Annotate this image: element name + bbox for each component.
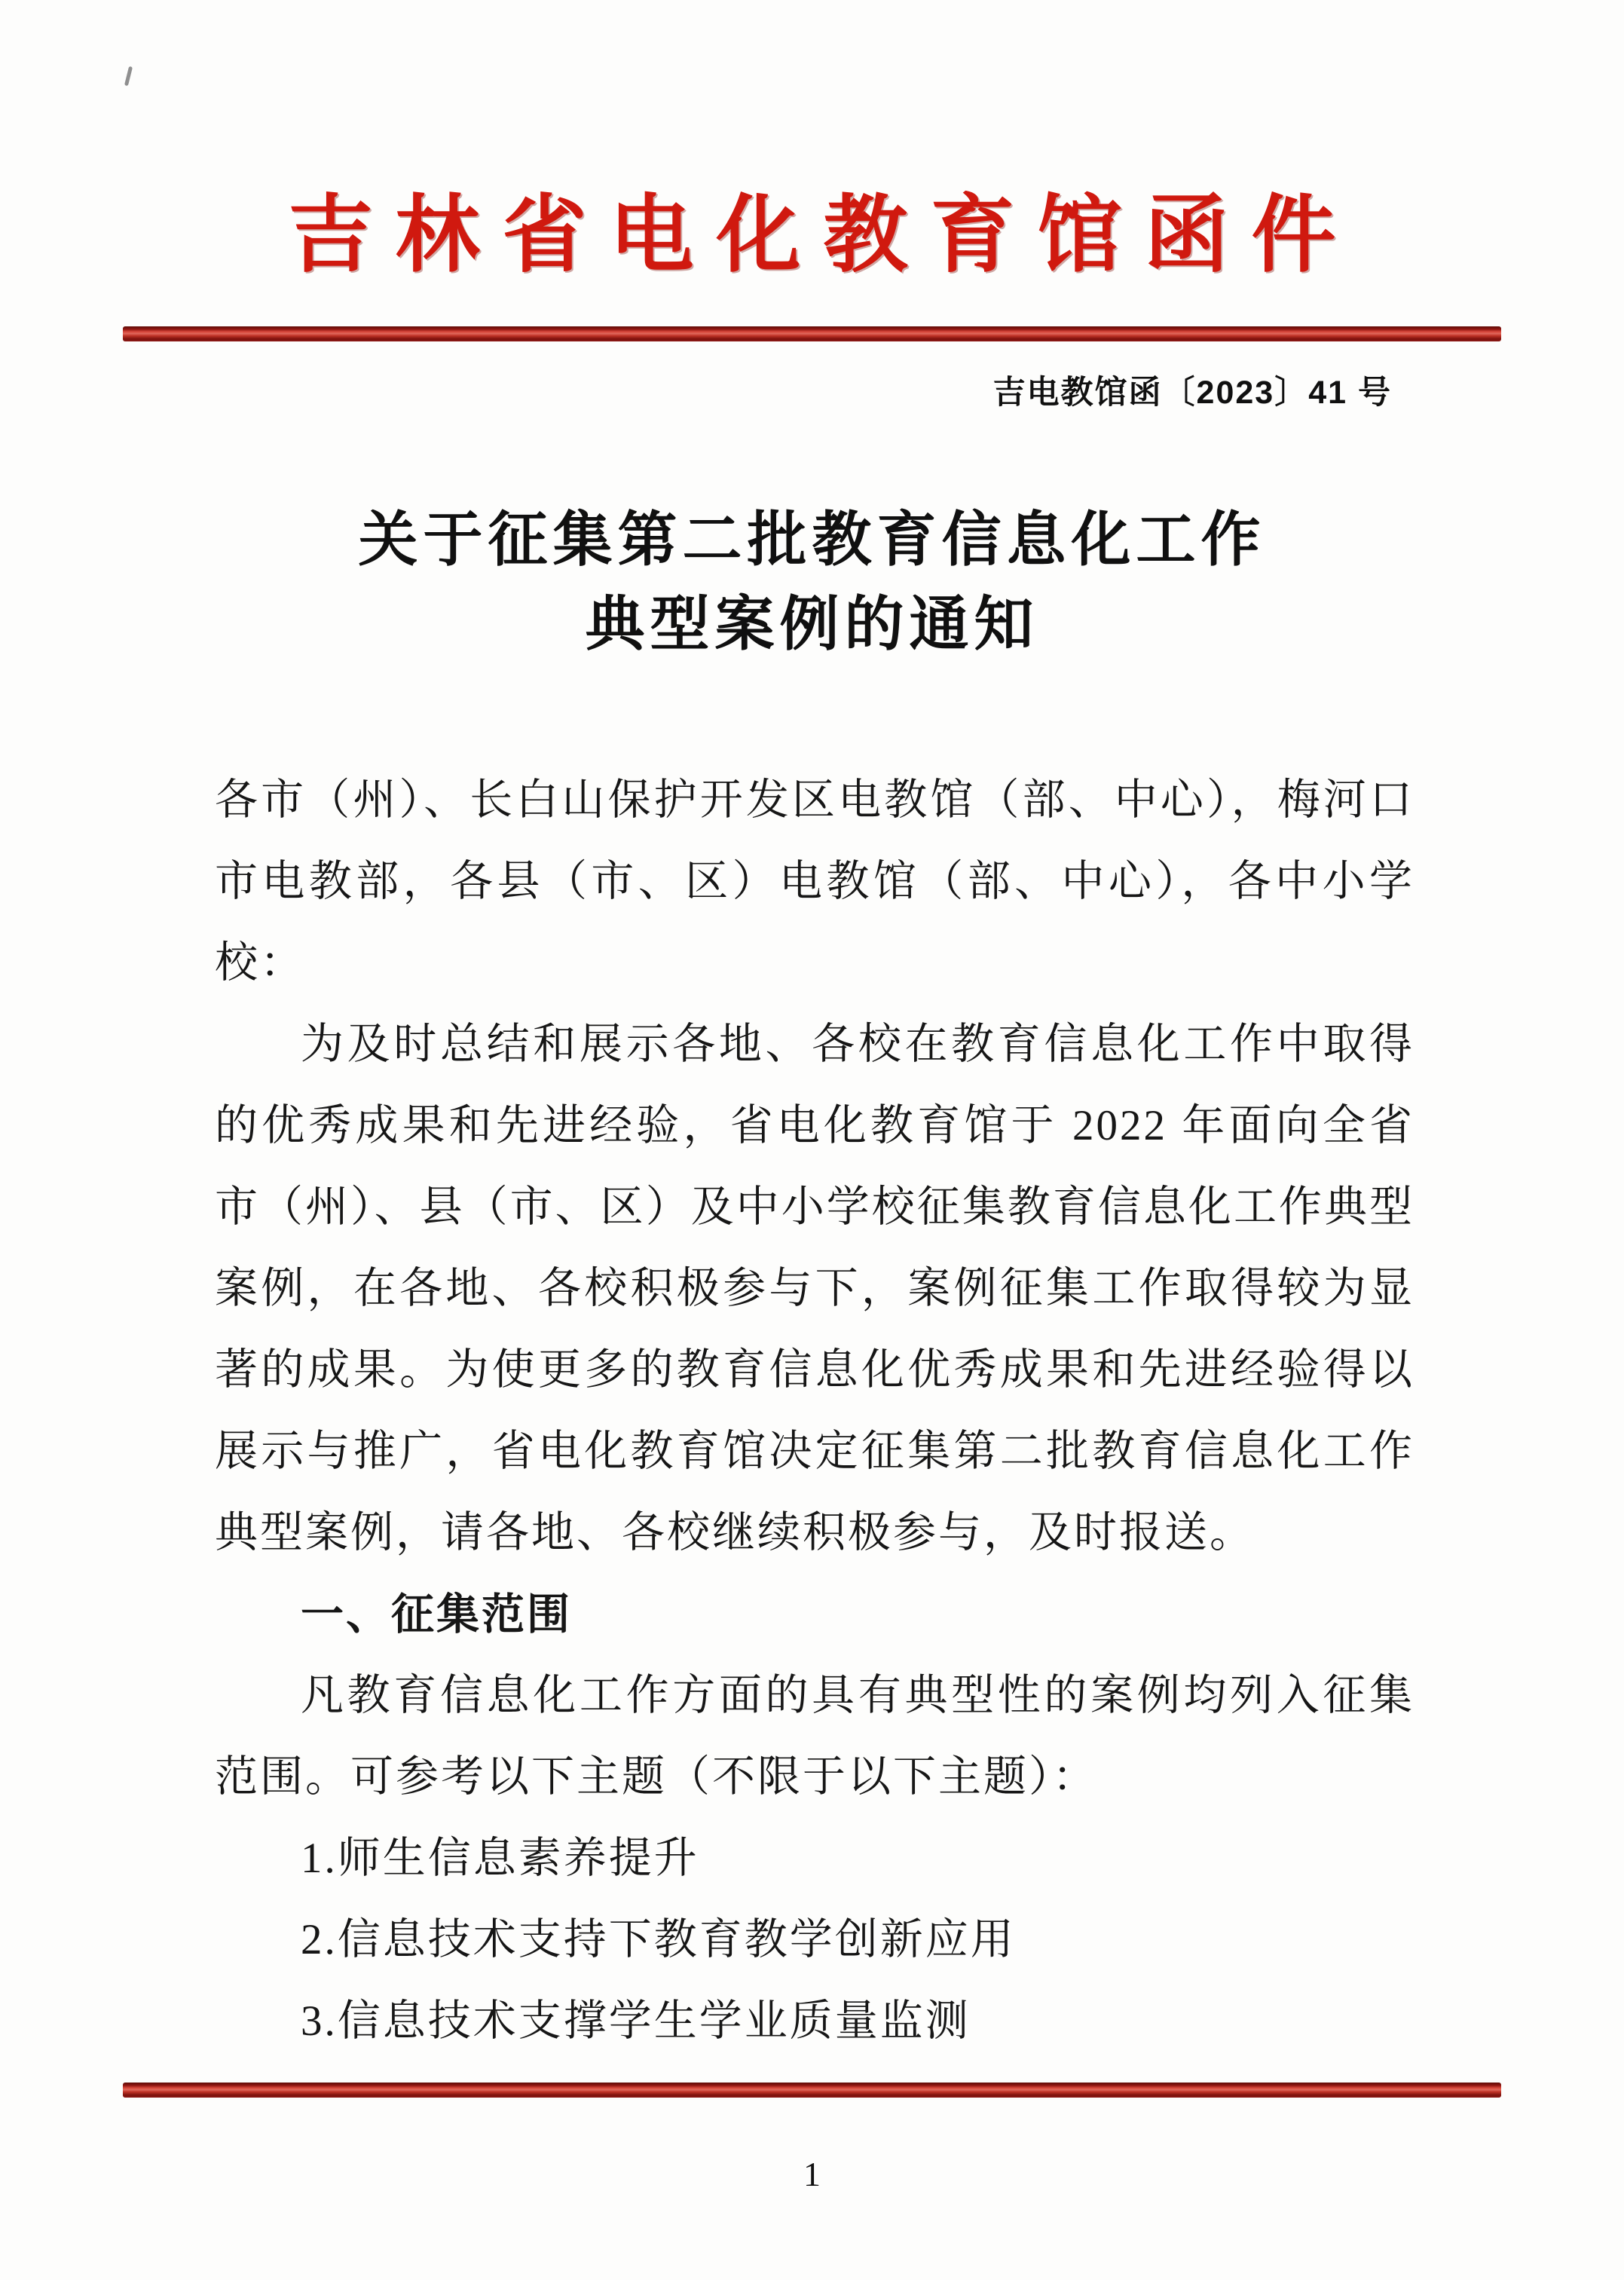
body-paragraph: 各市（州）、长白山保护开发区电教馆（部、中心），梅河口市电教部，各县（市、区）电… xyxy=(215,760,1415,1004)
body-paragraph: 1.师生信息素养提升 xyxy=(215,1818,1415,1899)
letterhead-title: 吉林省电化教育馆函件 xyxy=(0,179,1624,292)
document-title-line1: 关于征集第二批教育信息化工作 xyxy=(0,497,1624,582)
body-paragraph: 为及时总结和展示各地、各校在教育信息化工作中取得的优秀成果和先进经验，省电化教育… xyxy=(215,1004,1415,1574)
body-paragraph: 凡教育信息化工作方面的具有典型性的案例均列入征集范围。可参考以下主题（不限于以下… xyxy=(215,1655,1415,1818)
body-paragraph: 2.信息技术支持下教育教学创新应用 xyxy=(215,1899,1415,1981)
document-page: 吉林省电化教育馆函件 吉电教馆函〔2023〕41 号 关于征集第二批教育信息化工… xyxy=(0,0,1624,2280)
document-title: 关于征集第二批教育信息化工作 典型案例的通知 xyxy=(0,497,1624,666)
document-title-line2: 典型案例的通知 xyxy=(0,582,1624,666)
page-number: 1 xyxy=(0,2154,1624,2194)
header-divider xyxy=(123,326,1501,341)
section-heading: 一、征集范围 xyxy=(215,1574,1415,1655)
document-body: 各市（州）、长白山保护开发区电教馆（部、中心），梅河口市电教部，各县（市、区）电… xyxy=(215,760,1415,2062)
body-paragraph: 3.信息技术支撑学生学业质量监测 xyxy=(215,1981,1415,2062)
doc-number: 吉电教馆函〔2023〕41 号 xyxy=(993,367,1392,413)
scan-artifact xyxy=(124,66,133,86)
footer-divider xyxy=(123,2083,1501,2098)
